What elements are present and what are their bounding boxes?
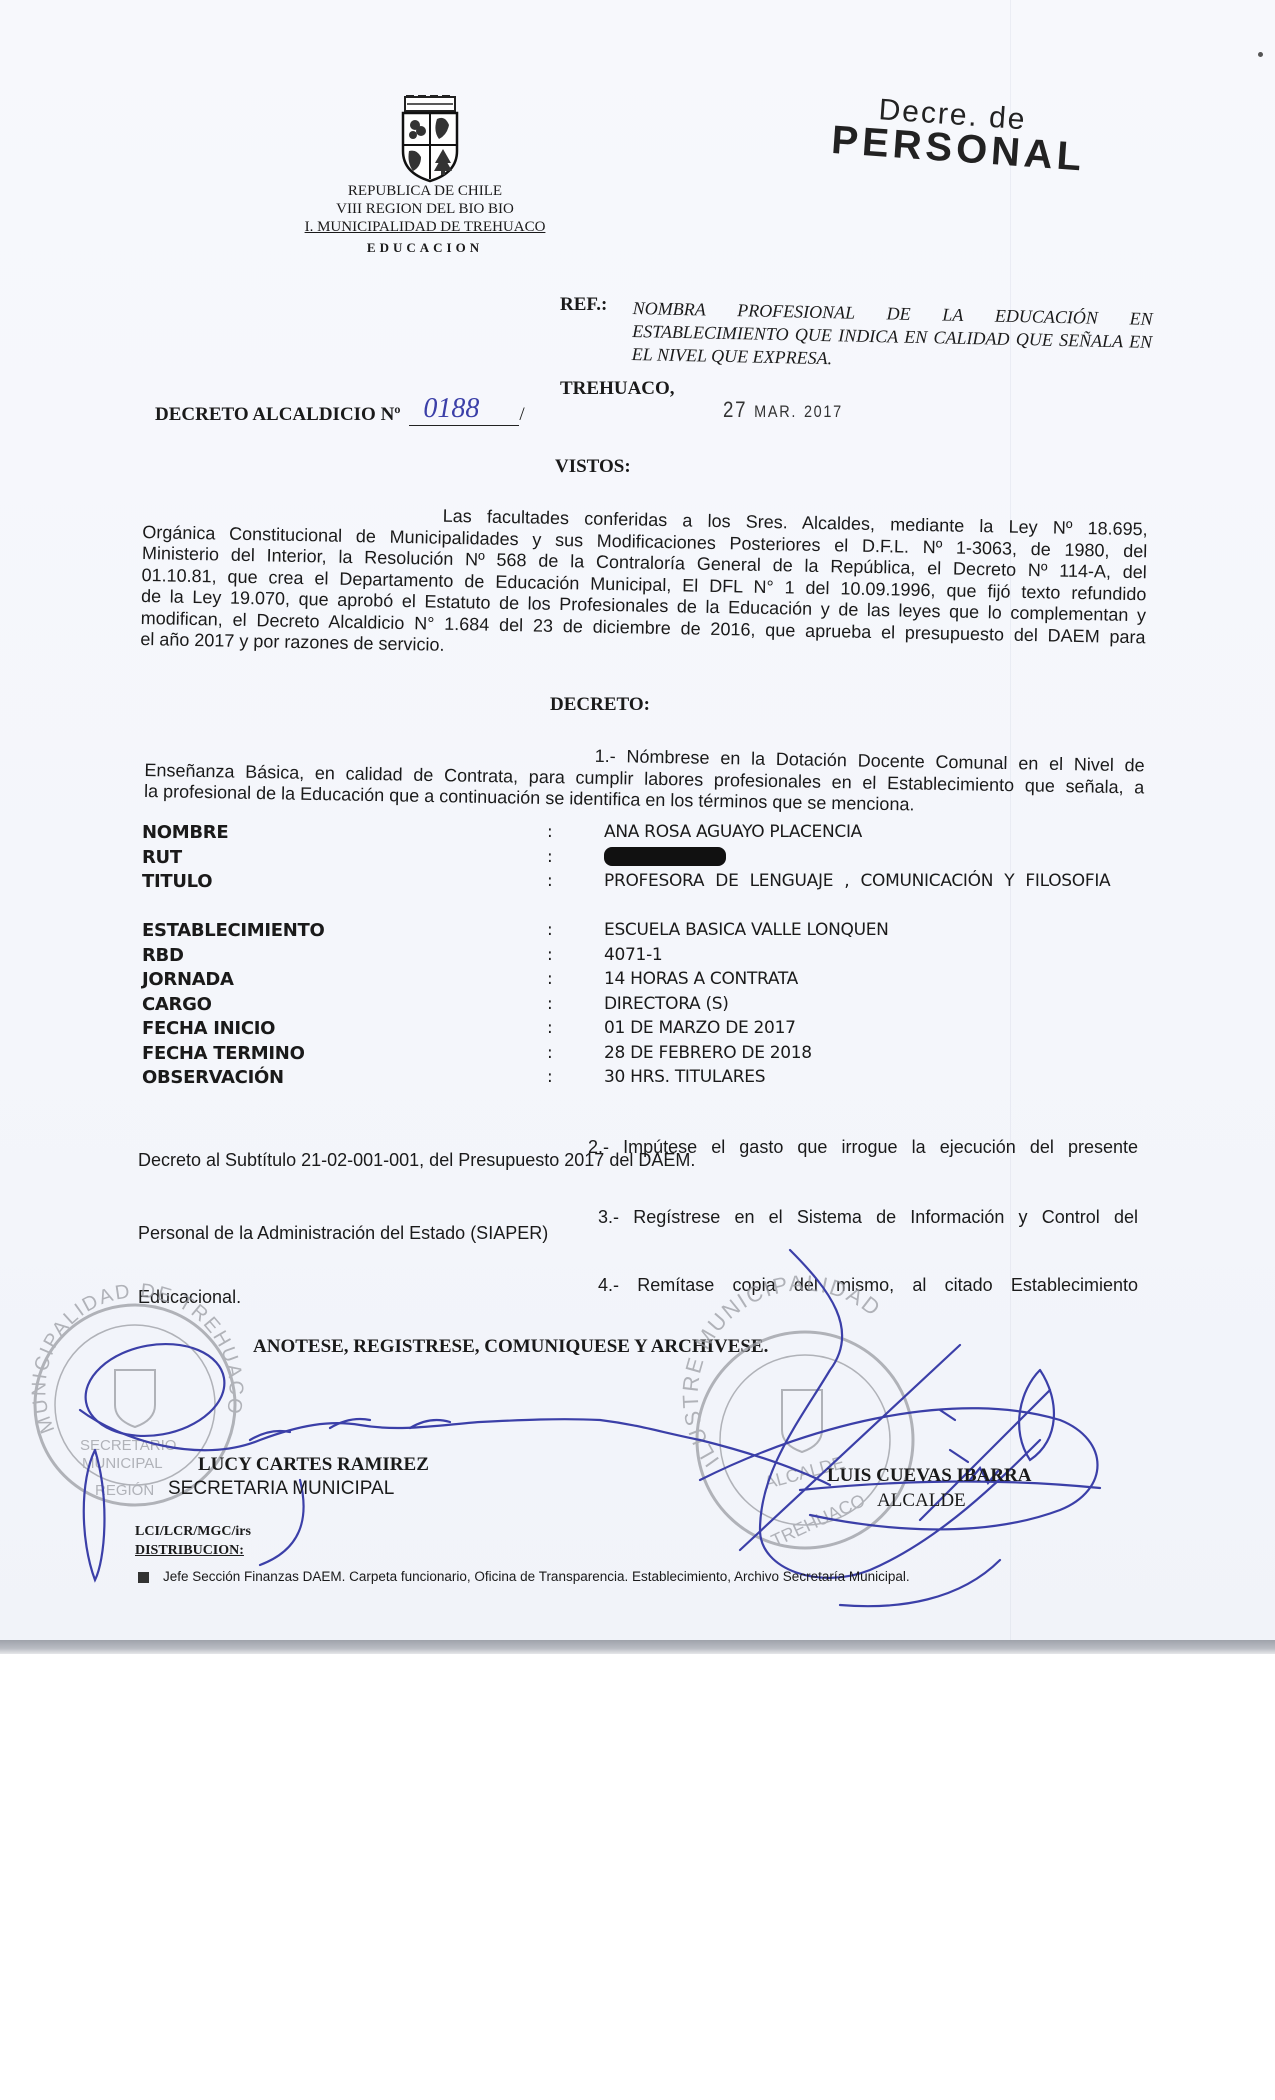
field-row-rut: RUT : — [142, 847, 1142, 872]
date-stamp: 27 MAR. 2017 — [723, 397, 843, 423]
field-row-observacion: OBSERVACIÓN : 30 HRS. TITULARES — [142, 1067, 1142, 1092]
field-separator: : — [547, 969, 553, 989]
secretary-name: LUCY CARTES RAMIREZ — [198, 1454, 429, 1476]
field-separator: : — [547, 994, 553, 1014]
closing-formula: ANOTESE, REGISTRESE, COMUNIQUESE Y ARCHI… — [253, 1336, 768, 1358]
field-value-observation: 30 HRS. TITULARES — [604, 1067, 1275, 1087]
distribution-label: DISTRIBUCION: — [135, 1543, 244, 1559]
field-label: ESTABLECIMIENTO — [142, 920, 325, 941]
square-bullet-icon — [138, 1572, 149, 1583]
decreto-heading: DECRETO: — [550, 694, 650, 716]
field-value-position: DIRECTORA (S) — [604, 994, 1275, 1014]
place-label: TREHUACO, — [560, 378, 675, 400]
decreto-item-2-end: Decreto al Subtítulo 21-02-001-001, del … — [138, 1150, 695, 1171]
field-value-name: ANA ROSA AGUAYO PLACENCIA — [604, 822, 1275, 842]
field-label: OBSERVACIÓN — [142, 1067, 284, 1088]
field-label: NOMBRE — [142, 822, 228, 843]
mayor-name: LUIS CUEVAS IBARRA — [827, 1465, 1031, 1487]
decreto-item-3-end: Personal de la Administración del Estado… — [138, 1223, 548, 1244]
field-row-fecha-inicio: FECHA INICIO : 01 DE MARZO DE 2017 — [142, 1018, 1142, 1043]
date-year: 2017 — [804, 402, 843, 421]
field-value-rut — [604, 847, 1275, 867]
scan-speck — [1258, 52, 1263, 57]
field-separator: : — [547, 945, 553, 965]
field-separator: : — [547, 847, 553, 867]
field-separator: : — [547, 1067, 553, 1087]
decreto-item-4-start: 4.- Remítase copia del mismo, al citado … — [598, 1275, 1138, 1296]
decreto-item-3-start: 3.- Regístrese en el Sistema de Informac… — [598, 1207, 1138, 1228]
field-row-fecha-termino: FECHA TERMINO : 28 DE FEBRERO DE 2018 — [142, 1043, 1142, 1068]
field-row-rbd: RBD : 4071-1 — [142, 945, 1142, 970]
scan-fold-line — [1010, 0, 1011, 1640]
field-separator: : — [547, 1043, 553, 1063]
decree-number: DECRETO ALCALDICIO Nº 0188 / — [155, 404, 525, 426]
mayor-role: ALCALDE — [877, 1490, 966, 1512]
field-separator: : — [547, 920, 553, 940]
ref-subject: NOMBRA PROFESIONAL DE LA EDUCACIÓN EN ES… — [632, 297, 1153, 377]
municipal-coat-of-arms-icon — [395, 95, 465, 183]
vistos-heading: VISTOS: — [555, 456, 631, 478]
field-label: RBD — [142, 945, 184, 966]
date-day: 27 — [723, 397, 747, 422]
field-row-titulo: TITULO : PROFESORA DE LENGUAJE , COMUNIC… — [142, 871, 1142, 920]
field-value-hours: 14 HORAS A CONTRATA — [604, 969, 1275, 989]
field-label: CARGO — [142, 994, 212, 1015]
letterhead-region: VIII REGION DEL BIO BIO — [250, 201, 600, 218]
field-separator: : — [547, 822, 553, 842]
decree-number-label: DECRETO ALCALDICIO Nº — [155, 404, 401, 425]
decree-number-field: 0188 — [409, 407, 519, 426]
field-label: JORNADA — [142, 969, 234, 990]
field-separator: : — [547, 1018, 553, 1038]
secretary-role: SECRETARIA MUNICIPAL — [168, 1478, 394, 1500]
distribution-text: Jefe Sección Finanzas DAEM. Carpeta func… — [163, 1569, 910, 1584]
field-value-start-date: 01 DE MARZO DE 2017 — [604, 1018, 1275, 1038]
field-row-establecimiento: ESTABLECIMIENTO : ESCUELA BASICA VALLE L… — [142, 920, 1142, 945]
field-label: FECHA TERMINO — [142, 1043, 305, 1064]
field-row-nombre: NOMBRE : ANA ROSA AGUAYO PLACENCIA — [142, 822, 1142, 847]
field-value-rbd: 4071-1 — [604, 945, 1275, 965]
field-separator: : — [547, 871, 553, 891]
date-month: MAR. — [754, 402, 797, 421]
appointment-details: NOMBRE : ANA ROSA AGUAYO PLACENCIA RUT :… — [142, 822, 1142, 1092]
vistos-paragraph: Las facultades conferidas a los Sres. Al… — [140, 500, 1148, 670]
letterhead-department: EDUCACION — [250, 240, 600, 256]
field-value-title: PROFESORA DE LENGUAJE , COMUNICACIÓN Y F… — [604, 871, 1275, 891]
scan-edge-shadow — [0, 1640, 1275, 1654]
field-row-jornada: JORNADA : 14 HORAS A CONTRATA — [142, 969, 1142, 994]
decreto-item-4-end: Educacional. — [138, 1287, 241, 1308]
typist-initials: LCI/LCR/MGC/irs — [135, 1524, 251, 1540]
ref-label: REF.: — [560, 294, 607, 316]
field-value-school: ESCUELA BASICA VALLE LONQUEN — [604, 920, 1275, 940]
distribution-list: Jefe Sección Finanzas DAEM. Carpeta func… — [138, 1569, 910, 1584]
letterhead-municipality: I. MUNICIPALIDAD DE TREHUACO — [250, 219, 600, 236]
field-label: FECHA INICIO — [142, 1018, 275, 1039]
field-row-cargo: CARGO : DIRECTORA (S) — [142, 994, 1142, 1019]
field-value-end-date: 28 DE FEBRERO DE 2018 — [604, 1043, 1275, 1063]
letterhead-republic: REPUBLICA DE CHILE — [250, 183, 600, 200]
field-label: RUT — [142, 847, 182, 868]
redaction-mark — [604, 847, 726, 866]
field-label: TITULO — [142, 871, 212, 892]
decree-number-handwritten: 0188 — [423, 393, 479, 425]
